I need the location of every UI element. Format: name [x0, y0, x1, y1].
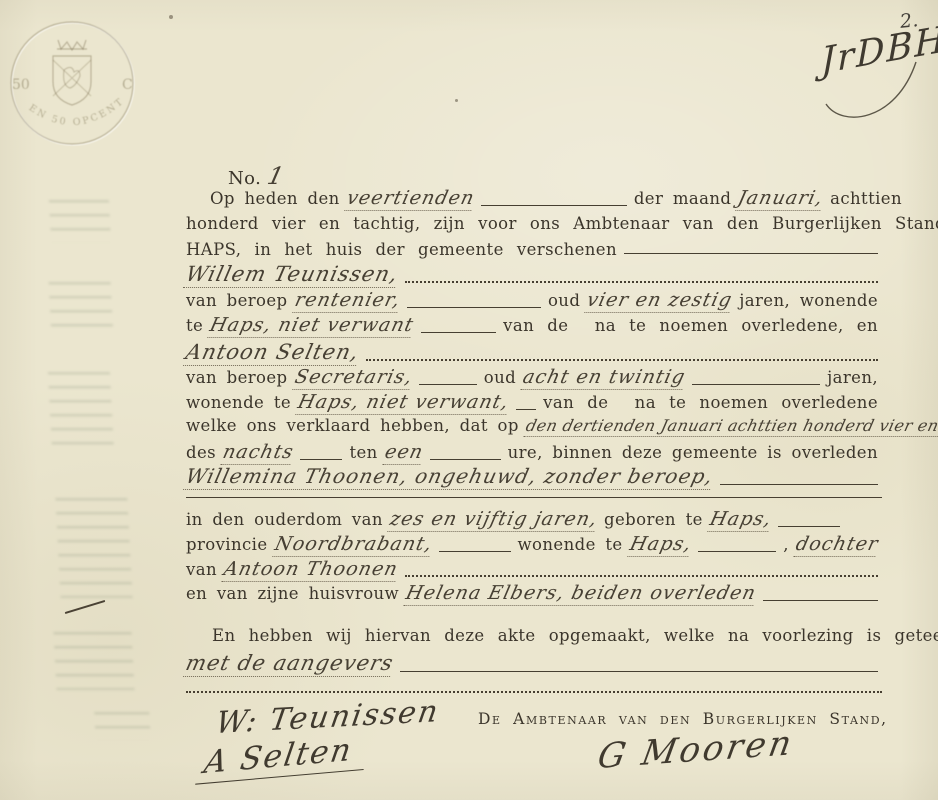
printed-text: jaren, wonende	[739, 291, 878, 310]
body-line-2: honderd vier en tachtig, zijn voor ons A…	[186, 214, 878, 233]
printed-text: wonende te	[186, 393, 291, 412]
signature-official: G Mooren	[595, 723, 798, 777]
printed-text: achttien	[830, 189, 902, 208]
section-divider-rule	[186, 497, 882, 498]
rule-fill	[763, 600, 878, 601]
rule-fill	[405, 281, 878, 283]
body-line-6: te Haps, niet verwant van de na te noeme…	[186, 314, 878, 338]
body-line-3: HAPS, in het huis der gemeente verschene…	[186, 240, 878, 259]
handwritten-day: veertienden	[344, 187, 477, 211]
handwritten-death-date: den dertienden Januari achttien honderd …	[523, 416, 938, 437]
embossed-revenue-seal: 50 C EN 50 OPCENTEN	[4, 4, 142, 162]
handwritten-time-of-day: nachts	[220, 441, 296, 465]
body-line-14: provincie Noordbrabant, wonende te Haps,…	[186, 533, 878, 557]
handwritten-declarant1-name: Willem Teunissen,	[183, 262, 401, 288]
bleedthrough-block	[53, 632, 134, 690]
printed-text: van de na te noemen overledene	[543, 393, 878, 412]
ink-speck	[455, 99, 458, 102]
printed-text: en van zijne huisvrouw	[186, 584, 399, 603]
printed-text: te	[186, 316, 203, 335]
margin-check-stroke	[65, 600, 106, 614]
handwritten-declarant2-name: Antoon Selten,	[183, 340, 362, 366]
printed-text: En hebben wij hiervan deze akte opgemaak…	[212, 626, 938, 645]
printed-text: provincie	[186, 535, 268, 554]
printed-text: van beroep	[186, 291, 288, 310]
signature-divider-rule	[186, 691, 882, 693]
bleedthrough-block	[48, 372, 114, 452]
rule-fill	[516, 409, 536, 410]
rule-fill	[720, 484, 878, 485]
seal-denomination-right: C	[122, 77, 133, 93]
body-line-9: wonende te Haps, niet verwant, van de na…	[186, 391, 878, 415]
rule-fill	[419, 384, 477, 385]
printed-text: wonende te	[518, 535, 623, 554]
handwritten-relation: dochter	[793, 533, 881, 557]
body-line-8: van beroep Secretaris, oud acht en twint…	[186, 366, 878, 390]
handwritten-residence1: Haps, niet verwant	[207, 314, 416, 338]
handwritten-age1: vier en zestig	[585, 289, 736, 313]
rule-fill	[300, 459, 342, 460]
printed-text: geboren te	[604, 510, 703, 529]
body-line-10: welke ons verklaard hebben, dat op den d…	[186, 416, 878, 437]
ink-speck	[169, 15, 173, 19]
printed-text: van de na te noemen overledene, en	[503, 316, 878, 335]
handwritten-occupation1: rentenier,	[292, 289, 403, 313]
rule-fill	[439, 551, 511, 552]
handwritten-month: Januari,	[736, 187, 826, 211]
handwritten-closing-note: met de aangevers	[183, 651, 396, 677]
rule-fill	[430, 459, 501, 460]
seal-shield-icon	[53, 56, 91, 105]
printed-text: oud	[484, 368, 516, 387]
handwritten-deceased-name: Willemina Thoonen, ongehuwd, zonder bero…	[183, 464, 716, 490]
handwritten-father-name: Antoon Thoonen	[221, 558, 400, 582]
handwritten-occupation2: Secretaris,	[292, 366, 415, 390]
body-line-13: in den ouderdom van zes en vijftig jaren…	[186, 508, 878, 532]
body-line-5: van beroep rentenier, oud vier en zestig…	[186, 289, 878, 313]
handwritten-birthplace: Haps,	[707, 508, 774, 532]
printed-text: welke ons verklaard hebben, dat op	[186, 416, 519, 435]
rule-fill	[366, 359, 878, 361]
handwritten-age2: acht en twintig	[520, 366, 688, 390]
body-line-11: des nachts ten een ure, binnen deze geme…	[186, 441, 878, 465]
handwritten-province: Noordbrabant,	[272, 533, 435, 557]
act-number-value: 1	[265, 162, 288, 190]
body-line-7: Antoon Selten,	[186, 340, 878, 366]
printed-text: oud	[548, 291, 580, 310]
handwritten-residence-deceased: Haps,	[627, 533, 694, 557]
body-line-16: en van zijne huisvrouw Helena Elbers, be…	[186, 582, 878, 606]
bleedthrough-block	[49, 200, 111, 242]
printed-text: van	[186, 560, 217, 579]
body-line-15: van Antoon Thoonen	[186, 558, 878, 582]
closing-line: En hebben wij hiervan deze akte opgemaak…	[186, 626, 904, 645]
printed-text: ten	[349, 443, 377, 462]
rule-fill	[698, 551, 776, 552]
printed-text: Op heden den	[210, 189, 340, 208]
rule-fill	[778, 526, 840, 527]
printed-text: van beroep	[186, 368, 288, 387]
death-certificate-scan: 50 C EN 50 OPCENTEN 2. JrDBH No. 1 Op he…	[0, 0, 938, 800]
printed-text: in den ouderdom van	[186, 510, 383, 529]
body-line-12: Willemina Thoonen, ongehuwd, zonder bero…	[186, 464, 878, 490]
printed-text: des	[186, 443, 216, 462]
handwritten-mother-name: Helena Elbers, beiden overleden	[403, 582, 758, 606]
paraph-flourish	[812, 42, 932, 132]
bleedthrough-block	[94, 712, 150, 740]
handwritten-residence2: Haps, niet verwant,	[295, 391, 511, 415]
rule-fill	[692, 384, 820, 385]
rule-fill	[405, 575, 878, 577]
rule-fill	[624, 253, 878, 254]
printed-text: ,	[783, 535, 789, 554]
body-line-4: Willem Teunissen,	[186, 262, 878, 288]
body-line-1: Op heden den veertienden der maand Janua…	[186, 187, 902, 211]
rule-fill	[481, 205, 627, 206]
printed-text: honderd vier en tachtig, zijn voor ons A…	[186, 214, 938, 233]
bleedthrough-block	[49, 282, 114, 336]
closing-handwritten-line: met de aangevers	[186, 651, 878, 677]
printed-text: HAPS, in het huis der gemeente verschene…	[186, 240, 617, 259]
act-number-line: No. 1	[228, 162, 388, 190]
handwritten-hour: een	[382, 441, 426, 465]
printed-text: jaren,	[827, 368, 878, 387]
printed-text: der maand	[634, 189, 732, 208]
rule-fill	[421, 332, 496, 333]
rule-fill	[400, 671, 878, 672]
rule-fill	[407, 307, 541, 308]
act-number-label: No.	[228, 168, 261, 189]
handwritten-age-deceased: zes en vijftig jaren,	[387, 508, 600, 532]
seal-denomination-left: 50	[12, 77, 30, 93]
bleedthrough-block	[55, 498, 132, 598]
printed-text: ure, binnen deze gemeente is overleden	[508, 443, 878, 462]
official-title: De Ambtenaar van den Burgerlijken Stand,	[478, 710, 888, 728]
